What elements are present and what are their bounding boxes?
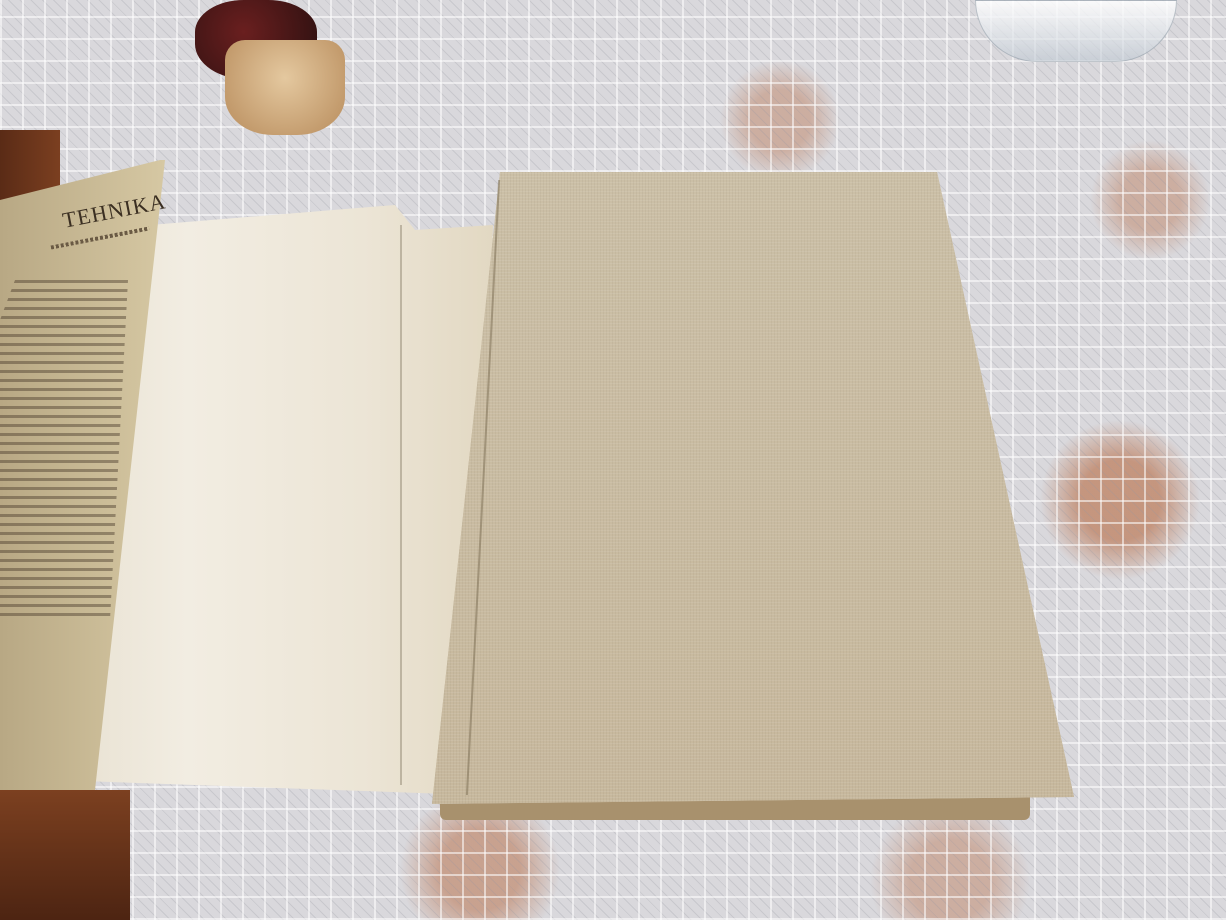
jar-base <box>225 40 345 135</box>
dust-jacket-fold <box>400 225 402 785</box>
wooden-table-corner <box>0 790 130 920</box>
dust-jacket-blurb <box>0 280 128 620</box>
wooden-jar <box>195 0 345 140</box>
glass-dish <box>975 0 1177 62</box>
